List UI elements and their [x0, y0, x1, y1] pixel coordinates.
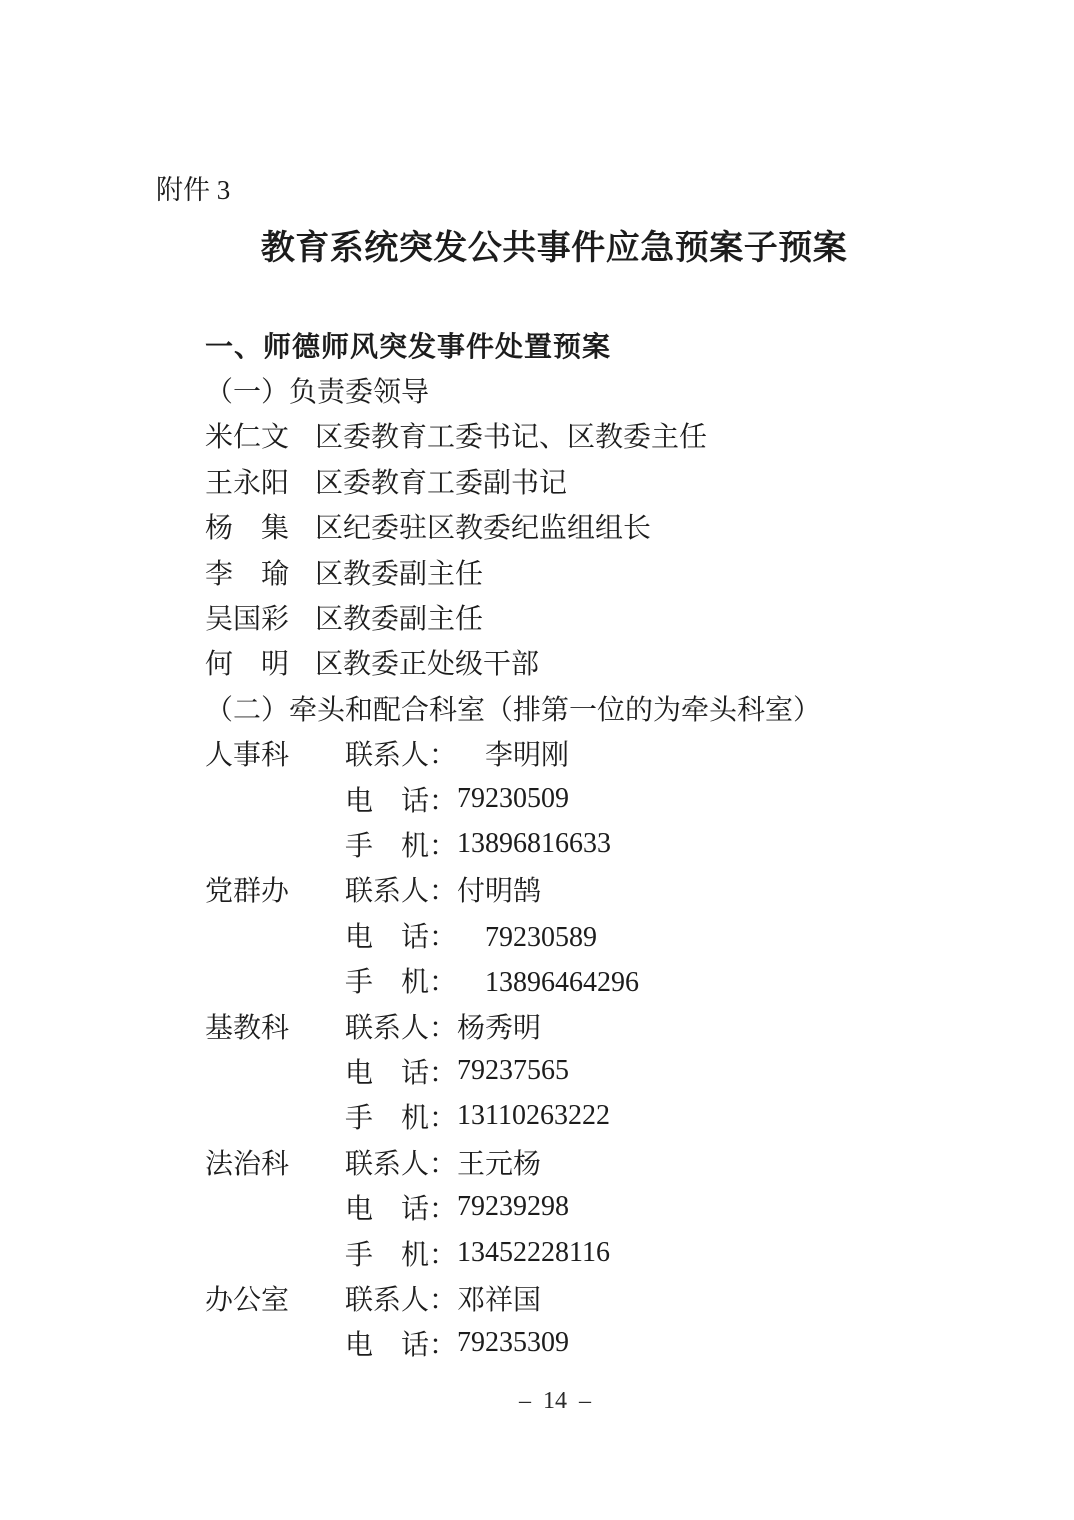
leader-name: 李 瑜 — [205, 552, 315, 592]
leader-name: 何 明 — [205, 642, 315, 682]
leader-row: 王永阳 区委教育工委副书记 — [205, 458, 945, 503]
phone-number: 79230589 — [457, 915, 597, 955]
department-contact-row: 人事科 联系人： 李明刚 — [205, 731, 945, 776]
department-phone-row: 电 话： 79230589 — [205, 912, 945, 957]
phone-number: 79230509 — [457, 783, 569, 815]
department-contact-row: 基教科 联系人：杨秀明 — [205, 1003, 945, 1048]
contact-label: 联系人： — [345, 869, 457, 909]
contact-label: 联系人： — [345, 1142, 457, 1182]
leader-title: 区纪委驻区教委纪监组组长 — [315, 506, 651, 546]
department-contact-row: 法治科 联系人：王元杨 — [205, 1139, 945, 1184]
department-name: 法治科 — [205, 1142, 345, 1182]
contact-label: 联系人： — [345, 1006, 457, 1046]
department-phone-row: 电 话：79239298 — [205, 1184, 945, 1229]
page-number: – 14 – — [0, 1388, 1074, 1415]
leader-title: 区教委副主任 — [315, 552, 483, 592]
phone-label: 电 话： — [345, 1051, 457, 1091]
section-heading: 一、师德师风突发事件处置预案 — [205, 322, 945, 367]
leader-name: 米仁文 — [205, 415, 315, 455]
document-title: 教育系统突发公共事件应急预案子预案 — [0, 220, 1074, 269]
leader-row: 杨 集 区纪委驻区教委纪监组组长 — [205, 504, 945, 549]
leader-row: 吴国彩 区教委副主任 — [205, 594, 945, 639]
attachment-label: 附件 3 — [156, 168, 230, 207]
mobile-label: 手 机： — [345, 1233, 457, 1273]
leader-name: 王永阳 — [205, 461, 315, 501]
mobile-label: 手 机： — [345, 824, 457, 864]
mobile-label: 手 机： — [345, 960, 457, 1000]
department-phone-row: 电 话：79235309 — [205, 1321, 945, 1366]
department-contact-row: 办公室 联系人：邓祥国 — [205, 1275, 945, 1320]
subsection-departments-heading: （二）牵头和配合科室（排第一位的为牵头科室） — [205, 685, 945, 730]
phone-label: 电 话： — [345, 1187, 457, 1227]
contact-label: 联系人： — [345, 1278, 457, 1318]
department-phone-row: 电 话：79237565 — [205, 1048, 945, 1093]
leader-title: 区教委副主任 — [315, 597, 483, 637]
mobile-label: 手 机： — [345, 1096, 457, 1136]
leader-title: 区委教育工委副书记 — [315, 461, 567, 501]
department-name: 人事科 — [205, 733, 345, 773]
department-mobile-row: 手 机：13110263222 — [205, 1094, 945, 1139]
contact-name: 杨秀明 — [457, 1006, 541, 1046]
leader-name: 杨 集 — [205, 506, 315, 546]
leader-row: 米仁文 区委教育工委书记、区教委主任 — [205, 413, 945, 458]
contact-name: 邓祥国 — [457, 1278, 541, 1318]
leader-row: 何 明 区教委正处级干部 — [205, 640, 945, 685]
mobile-number: 13896816633 — [457, 828, 611, 860]
department-name: 基教科 — [205, 1006, 345, 1046]
document-body: 一、师德师风突发事件处置预案 （一）负责委领导 米仁文 区委教育工委书记、区教委… — [205, 322, 945, 1366]
phone-number: 79239298 — [457, 1191, 569, 1223]
contact-name: 李明刚 — [457, 733, 569, 773]
subsection-leaders-heading: （一）负责委领导 — [205, 367, 945, 412]
department-mobile-row: 手 机： 13896464296 — [205, 957, 945, 1002]
mobile-number: 13452228116 — [457, 1237, 610, 1269]
leader-row: 李 瑜 区教委副主任 — [205, 549, 945, 594]
department-contact-row: 党群办 联系人：付明鹄 — [205, 867, 945, 912]
department-name: 党群办 — [205, 869, 345, 909]
phone-label: 电 话： — [345, 1323, 457, 1363]
department-name: 办公室 — [205, 1278, 345, 1318]
leader-title: 区教委正处级干部 — [315, 642, 539, 682]
department-phone-row: 电 话：79230509 — [205, 776, 945, 821]
contact-label: 联系人： — [345, 733, 457, 773]
phone-label: 电 话： — [345, 915, 457, 955]
department-mobile-row: 手 机：13452228116 — [205, 1230, 945, 1275]
phone-label: 电 话： — [345, 779, 457, 819]
document-page: 附件 3 教育系统突发公共事件应急预案子预案 一、师德师风突发事件处置预案 （一… — [0, 0, 1074, 1520]
contact-name: 付明鹄 — [457, 869, 541, 909]
leader-name: 吴国彩 — [205, 597, 315, 637]
department-mobile-row: 手 机：13896816633 — [205, 821, 945, 866]
phone-number: 79235309 — [457, 1327, 569, 1359]
contact-name: 王元杨 — [457, 1142, 541, 1182]
mobile-number: 13110263222 — [457, 1100, 610, 1132]
leader-title: 区委教育工委书记、区教委主任 — [315, 415, 707, 455]
phone-number: 79237565 — [457, 1055, 569, 1087]
mobile-number: 13896464296 — [457, 960, 639, 1000]
